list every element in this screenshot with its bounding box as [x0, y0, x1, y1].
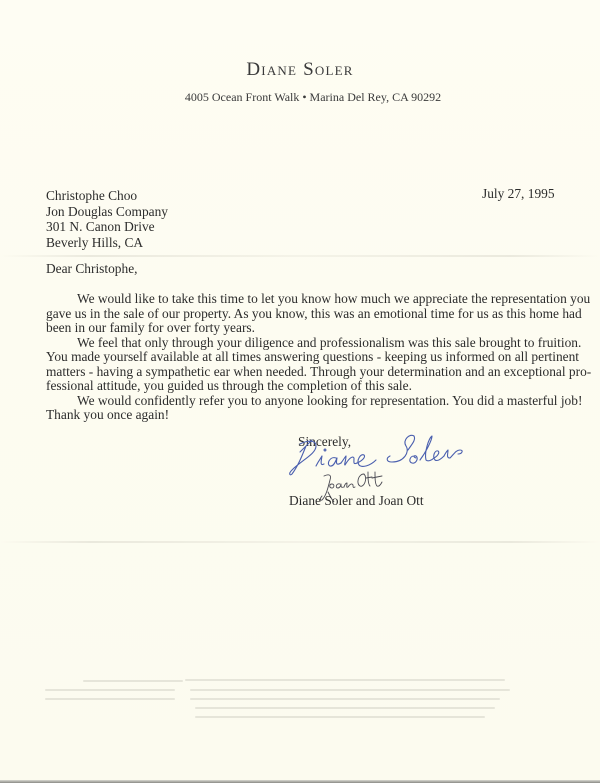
- recipient-address-block: Christophe Choo Jon Douglas Company 301 …: [46, 188, 168, 250]
- fold-line: [0, 541, 600, 543]
- body-line: You made yourself available at all times…: [46, 350, 566, 365]
- body-line: fessional attitude, you guided us throug…: [46, 379, 566, 394]
- letterhead-name: Diane Soler: [0, 59, 600, 81]
- body-line: We would confidently refer you to anyone…: [46, 394, 566, 409]
- recipient-name: Christophe Choo: [46, 188, 168, 204]
- letter-paper: Diane Soler 4005 Ocean Front Walk • Mari…: [0, 0, 600, 783]
- body-line: We feel that only through your diligence…: [46, 336, 566, 351]
- body-line: We would like to take this time to let y…: [46, 292, 566, 307]
- recipient-street: 301 N. Canon Drive: [46, 219, 168, 235]
- printed-signatory-names: Diane Soler and Joan Ott: [289, 494, 424, 509]
- letterhead-address: 4005 Ocean Front Walk • Marina Del Rey, …: [0, 90, 600, 105]
- body-line: been in our family for over forty years.: [46, 321, 566, 336]
- fold-line: [0, 255, 600, 257]
- bleed-through-text: [35, 676, 555, 736]
- letter-date: July 27, 1995: [482, 187, 555, 202]
- body-line: matters - having a sympathetic ear when …: [46, 365, 566, 380]
- body-line: Thank you once again!: [46, 408, 566, 423]
- recipient-city: Beverly Hills, CA: [46, 235, 168, 251]
- recipient-company: Jon Douglas Company: [46, 204, 168, 220]
- salutation: Dear Christophe,: [46, 262, 137, 277]
- body-line: gave us in the sale of our property. As …: [46, 307, 566, 322]
- letter-body: We would like to take this time to let y…: [46, 292, 566, 423]
